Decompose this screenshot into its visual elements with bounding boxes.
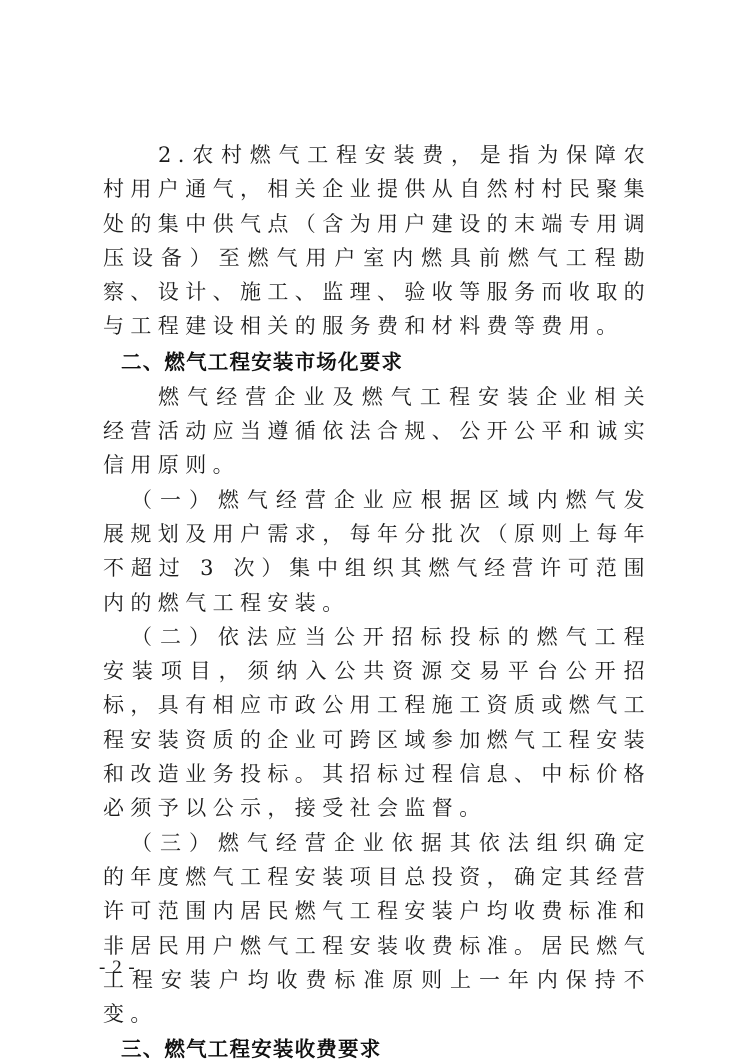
paragraph-rural-gas-installation-fee: 2.农村燃气工程安装费，是指为保障农村用户通气，相关企业提供从自然村村民聚集处的…	[103, 138, 651, 344]
subparagraph-item-2: （二）依法应当公开招标投标的燃气工程安装项目，须纳入公共资源交易平台公开招标，具…	[103, 620, 651, 826]
document-body: 2.农村燃气工程安装费，是指为保障农村用户通气，相关企业提供从自然村村民聚集处的…	[103, 138, 651, 1064]
subparagraph-item-3: （三）燃气经营企业依据其依法组织确定的年度燃气工程安装项目总投资，确定其经营许可…	[103, 826, 651, 1032]
subparagraph-item-1: （一）燃气经营企业应根据区域内燃气发展规划及用户需求，每年分批次（原则上每年不超…	[103, 483, 651, 620]
document-page: 2.农村燃气工程安装费，是指为保障农村用户通气，相关企业提供从自然村村民聚集处的…	[0, 0, 753, 1064]
paragraph-operating-principles: 燃气经营企业及燃气工程安装企业相关经营活动应当遵循依法合规、公开公平和诚实信用原…	[103, 380, 651, 483]
section-heading-fee-requirements: 三、燃气工程安装收费要求	[103, 1031, 651, 1064]
page-number: - 2 -	[99, 957, 136, 979]
section-heading-marketization: 二、燃气工程安装市场化要求	[103, 344, 651, 380]
